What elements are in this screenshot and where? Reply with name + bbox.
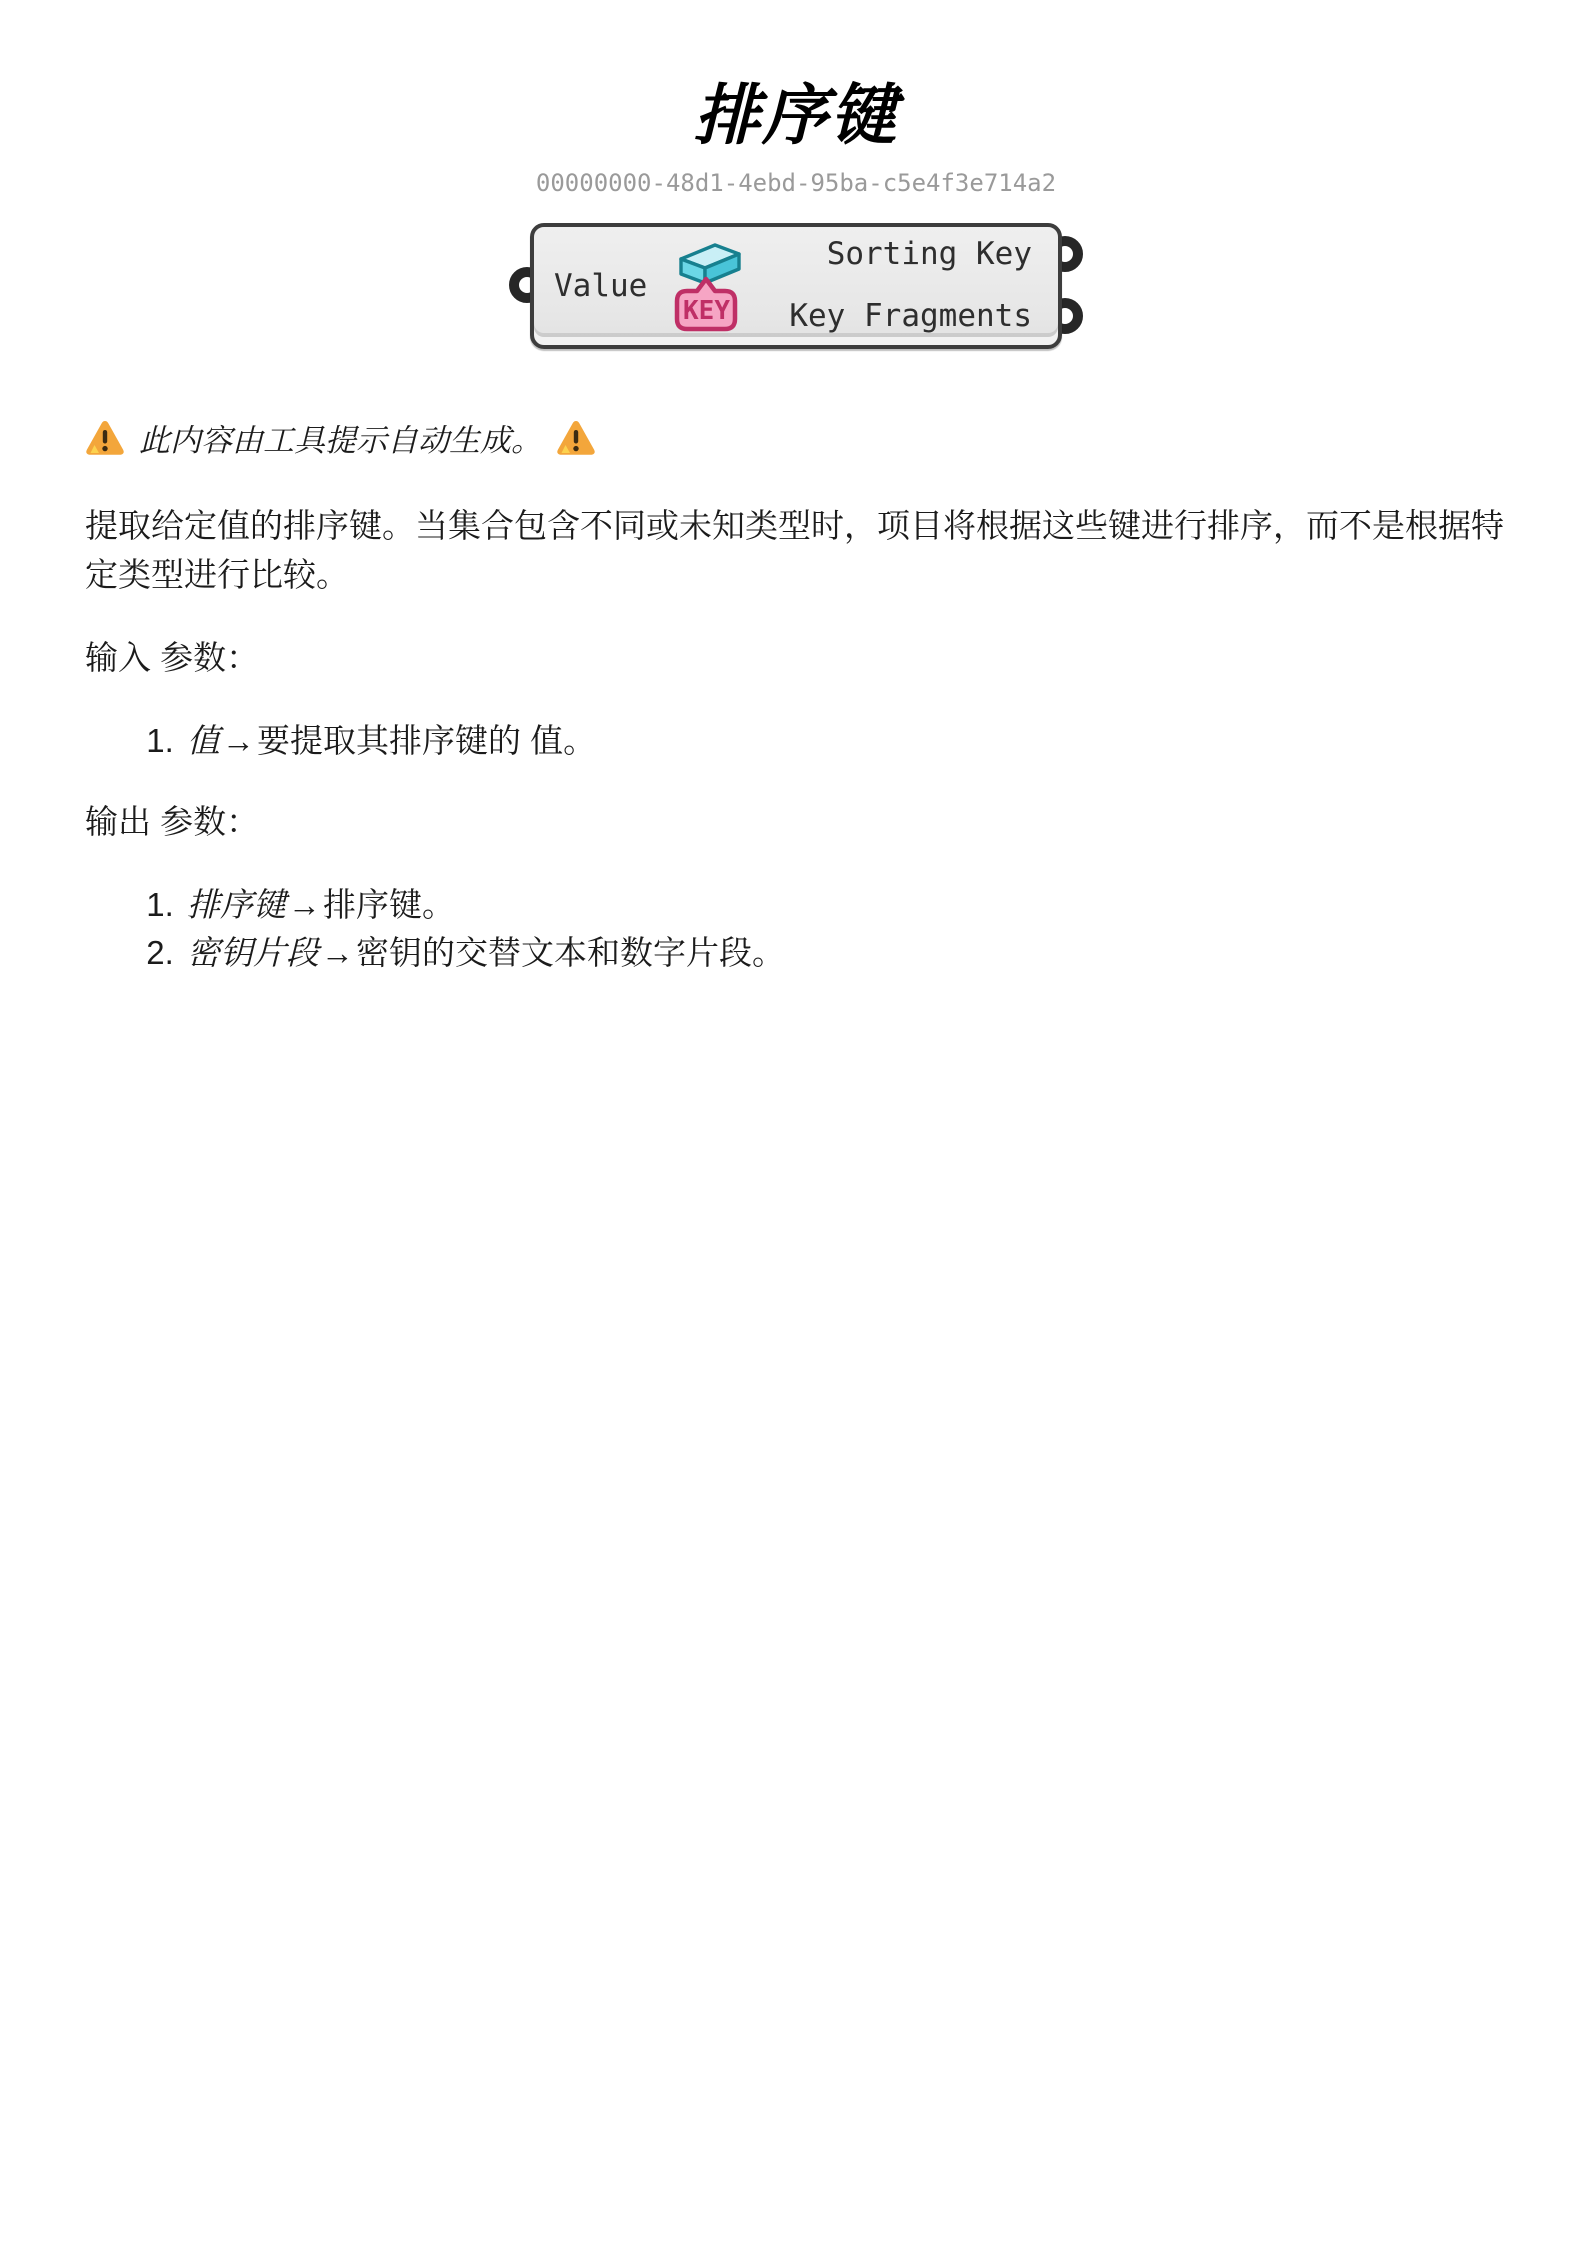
- inputs-list: 值→要提取其排序键的 值。: [85, 717, 1507, 765]
- document-page: 排序键 00000000-48d1-4ebd-95ba-c5e4f3e714a2…: [0, 0, 1587, 2244]
- key-icon: KEY: [669, 238, 747, 334]
- output-label-key-fragments: Key Fragments: [789, 299, 1032, 333]
- output-labels: Sorting Key Key Fragments: [757, 227, 1032, 345]
- component-description: 提取给定值的排序键。当集合包含不同或未知类型时，项目将根据这些键进行排序，而不是…: [85, 502, 1507, 600]
- arrow-glyph: →: [286, 886, 323, 923]
- component-diagram: Value KEY Sorting K: [85, 223, 1507, 349]
- param-desc: 排序键。: [323, 886, 455, 923]
- grasshopper-component: Value KEY Sorting K: [530, 223, 1062, 349]
- key-icon-text: KEY: [683, 296, 730, 326]
- param-name: 密钥片段: [187, 934, 319, 971]
- output-param-item: 密钥片段→密钥的交替文本和数字片段。: [183, 929, 1507, 977]
- arrow-glyph: →: [319, 934, 356, 971]
- output-param-item: 排序键→排序键。: [183, 881, 1507, 929]
- input-param-item: 值→要提取其排序键的 值。: [183, 717, 1507, 765]
- param-name: 排序键: [187, 886, 286, 923]
- arrow-glyph: →: [220, 722, 257, 759]
- output-label-sorting-key: Sorting Key: [827, 237, 1032, 271]
- outputs-heading: 输出 参数：: [85, 798, 1507, 847]
- outputs-list: 排序键→排序键。 密钥片段→密钥的交替文本和数字片段。: [85, 881, 1507, 977]
- notice-text: 此内容由工具提示自动生成。: [139, 415, 542, 460]
- input-label: Value: [554, 268, 647, 304]
- param-desc: 要提取其排序键的 值。: [257, 722, 596, 759]
- page-title: 排序键: [85, 78, 1507, 154]
- component-box: Value KEY Sorting K: [530, 223, 1062, 349]
- inputs-heading: 输入 参数：: [85, 634, 1507, 683]
- component-guid: 00000000-48d1-4ebd-95ba-c5e4f3e714a2: [85, 168, 1507, 199]
- auto-generated-notice: 此内容由工具提示自动生成。: [85, 415, 1507, 460]
- param-name: 值: [187, 722, 220, 759]
- warning-icon: [85, 419, 125, 456]
- warning-icon: [556, 419, 596, 456]
- param-desc: 密钥的交替文本和数字片段。: [356, 934, 785, 971]
